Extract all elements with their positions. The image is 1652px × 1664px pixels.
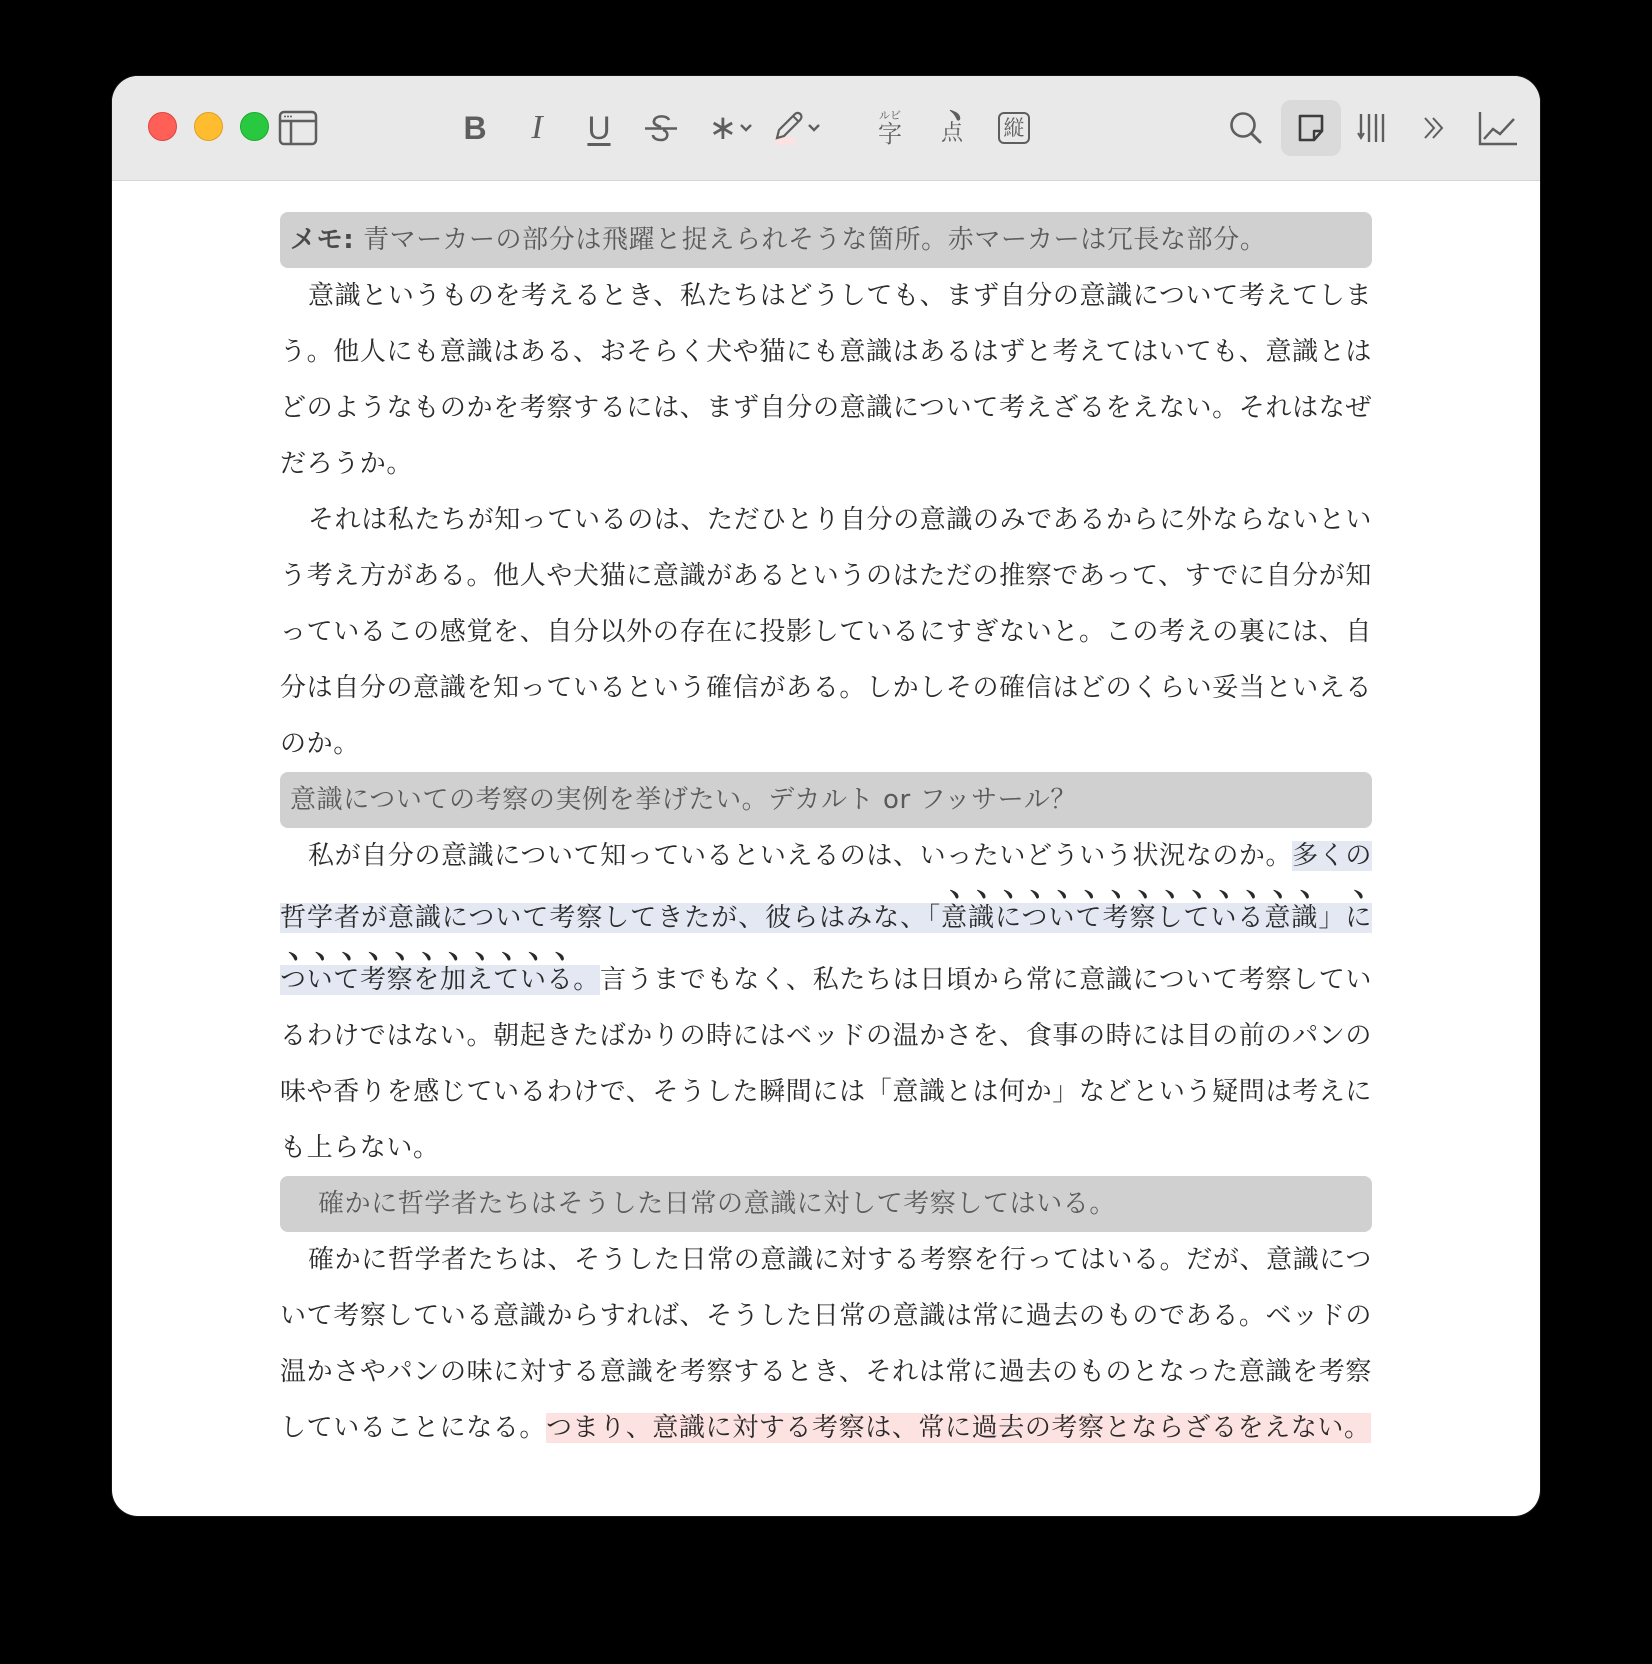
underline-button[interactable]: U: [571, 100, 627, 156]
bold-icon: B: [463, 112, 486, 144]
underline-icon: U: [587, 112, 610, 144]
ruby-button[interactable]: ルビ 字: [862, 100, 918, 156]
document-body[interactable]: メモ: 青マーカーの部分は飛躍と捉えられそうな箇所。赤マーカーは冗長な部分。 意…: [280, 212, 1372, 1456]
notes-button[interactable]: [1281, 100, 1341, 156]
vertical-lines-icon: [1357, 111, 1387, 145]
paragraph: 確かに哲学者たちは、そうした日常の意識に対する考察を行ってはいる。だが、意識につ…: [280, 1232, 1372, 1456]
italic-icon: I: [531, 111, 542, 145]
strikethrough-button[interactable]: [633, 100, 689, 156]
paragraph: 意識というものを考えるとき、私たちはどうしても、まず自分の意識について考えてしま…: [280, 268, 1372, 492]
editor-window: B I U ∗ ルビ 字: [112, 76, 1540, 1516]
bold-button[interactable]: B: [447, 100, 503, 156]
double-chevron-right-icon: [1422, 115, 1446, 141]
line-chart-icon: [1477, 109, 1519, 147]
emphasis-dots-text: 意識について考察している意識: [941, 903, 1318, 933]
vertical-char-icon: 縦: [998, 112, 1030, 144]
strikethrough-icon: [643, 111, 679, 145]
marker-dropdown-button[interactable]: [760, 100, 832, 156]
highlight-text: 。: [573, 965, 600, 995]
zoom-button[interactable]: [240, 112, 269, 141]
memo-label: メモ:: [290, 225, 354, 255]
italic-button[interactable]: I: [509, 100, 565, 156]
more-button[interactable]: [1406, 100, 1462, 156]
ruby-icon: 字: [878, 121, 902, 147]
memo-note[interactable]: 確かに哲学者たちはそうした日常の意識に対して考察してはいる。: [280, 1176, 1372, 1232]
vertical-writing-button[interactable]: [1344, 100, 1400, 156]
memo-note[interactable]: メモ: 青マーカーの部分は飛躍と捉えられそうな箇所。赤マーカーは冗長な部分。: [280, 212, 1372, 268]
marker-pen-icon: [771, 110, 805, 146]
minimize-button[interactable]: [194, 112, 223, 141]
ruby-label: ルビ: [879, 110, 901, 121]
highlight-text: 」: [1318, 903, 1345, 933]
plain-text: 私が自分の意識について知っているといえるのは、いったいどういう状況なのか。: [308, 841, 1292, 871]
memo-text: 青マーカーの部分は飛躍と捉えられそうな箇所。赤マーカーは冗長な部分。: [354, 225, 1266, 255]
stats-button[interactable]: [1470, 100, 1526, 156]
search-button[interactable]: [1218, 100, 1274, 156]
sticky-note-icon: [1295, 112, 1327, 144]
sidebar-toggle-button[interactable]: [270, 100, 326, 156]
emphasis-dropdown-button[interactable]: ∗: [696, 100, 766, 156]
emphasis-dot-button[interactable]: ﹅ 点: [924, 100, 980, 156]
sidebar-icon: [278, 110, 318, 146]
asterisk-icon: ∗: [709, 111, 738, 145]
toolbar: B I U ∗ ルビ 字: [112, 76, 1540, 181]
tate-chu-yoko-button[interactable]: 縦: [986, 100, 1042, 156]
chevron-down-icon: [739, 123, 753, 133]
red-marker-highlight: つまり、意識に対する考察は、常に過去の考察とならざるをえない。: [546, 1413, 1371, 1443]
chevron-down-icon: [807, 123, 821, 133]
close-button[interactable]: [148, 112, 177, 141]
paragraph: それは私たちが知っているのは、ただひとり自分の意識のみであるからに外ならないとい…: [280, 492, 1372, 772]
search-icon: [1228, 110, 1264, 146]
emphasis-dot-label: 点: [941, 122, 963, 146]
memo-note[interactable]: 意識についての考察の実例を挙げたい。デカルト or フッサール？: [280, 772, 1372, 828]
paragraph: 私が自分の意識について知っているといえるのは、いったいどういう状況なのか。多くの…: [280, 828, 1372, 1176]
